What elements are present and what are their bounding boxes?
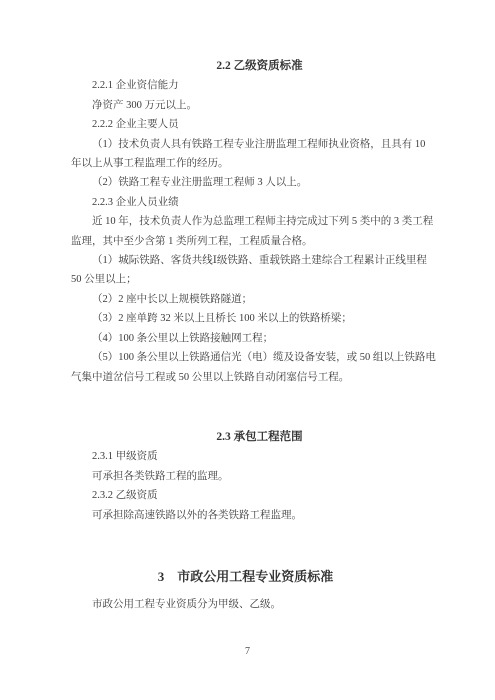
text-line: 可承担各类铁路工程的监理。 <box>71 467 420 486</box>
text-line: （4）100 条公里以上铁路接触网工程； <box>71 329 420 348</box>
text-line: （5）100 条公里以上铁路通信光（电）缆及设备安装，或 50 组以上铁路电 <box>71 348 420 367</box>
document-page: 2.2 乙级资质标准2.2.1 企业资信能力净资产 300 万元以上。2.2.2… <box>0 0 495 700</box>
text-line: 气集中道岔信号工程或 50 公里以上铁路自动闭塞信号工程。 <box>71 368 420 387</box>
text-line: （3）2 座单跨 32 米以上且桥长 100 米以上的铁路桥梁； <box>71 309 420 328</box>
text-line: （2）2 座中长以上规模铁路隧道； <box>71 290 420 309</box>
text-line: 可承担除高速铁路以外的各类铁路工程监理。 <box>71 506 420 525</box>
text-line: 50 公里以上； <box>71 270 420 289</box>
text-line: 2.2.3 企业人员业绩 <box>71 193 420 212</box>
section-heading: 3 市政公用工程专业资质标准 <box>71 565 420 589</box>
text-line: 2.2.2 企业主要人员 <box>71 115 420 134</box>
text-line: 市政公用工程专业资质分为甲级、乙级。 <box>71 595 420 614</box>
text-line: 2.3.2 乙级资质 <box>71 486 420 505</box>
page-number: 7 <box>0 646 495 657</box>
text-line: 2.3.1 甲级资质 <box>71 447 420 466</box>
section-heading: 2.3 承包工程范围 <box>85 428 434 447</box>
text-line: 监理，其中至少含第 1 类所列工程，工程质量合格。 <box>71 232 420 251</box>
text-line: （2）铁路工程专业注册监理工程师 3 人以上。 <box>71 173 420 192</box>
text-line: 年以上从事工程监理工作的经历。 <box>71 154 420 173</box>
section-heading: 2.2 乙级资质标准 <box>85 57 434 76</box>
text-line: 近 10 年，技术负责人作为总监理工程师主持完成过下列 5 类中的 3 类工程 <box>71 212 420 231</box>
text-line: （1）城际铁路、客货共线Ⅰ级铁路、重载铁路土建综合工程累计正线里程 <box>71 251 420 270</box>
text-line: 净资产 300 万元以上。 <box>71 96 420 115</box>
document-body: 2.2 乙级资质标准2.2.1 企业资信能力净资产 300 万元以上。2.2.2… <box>71 57 420 614</box>
text-line: 2.2.1 企业资信能力 <box>71 76 420 95</box>
text-line: （1）技术负责人具有铁路工程专业注册监理工程师执业资格，且具有 10 <box>71 135 420 154</box>
